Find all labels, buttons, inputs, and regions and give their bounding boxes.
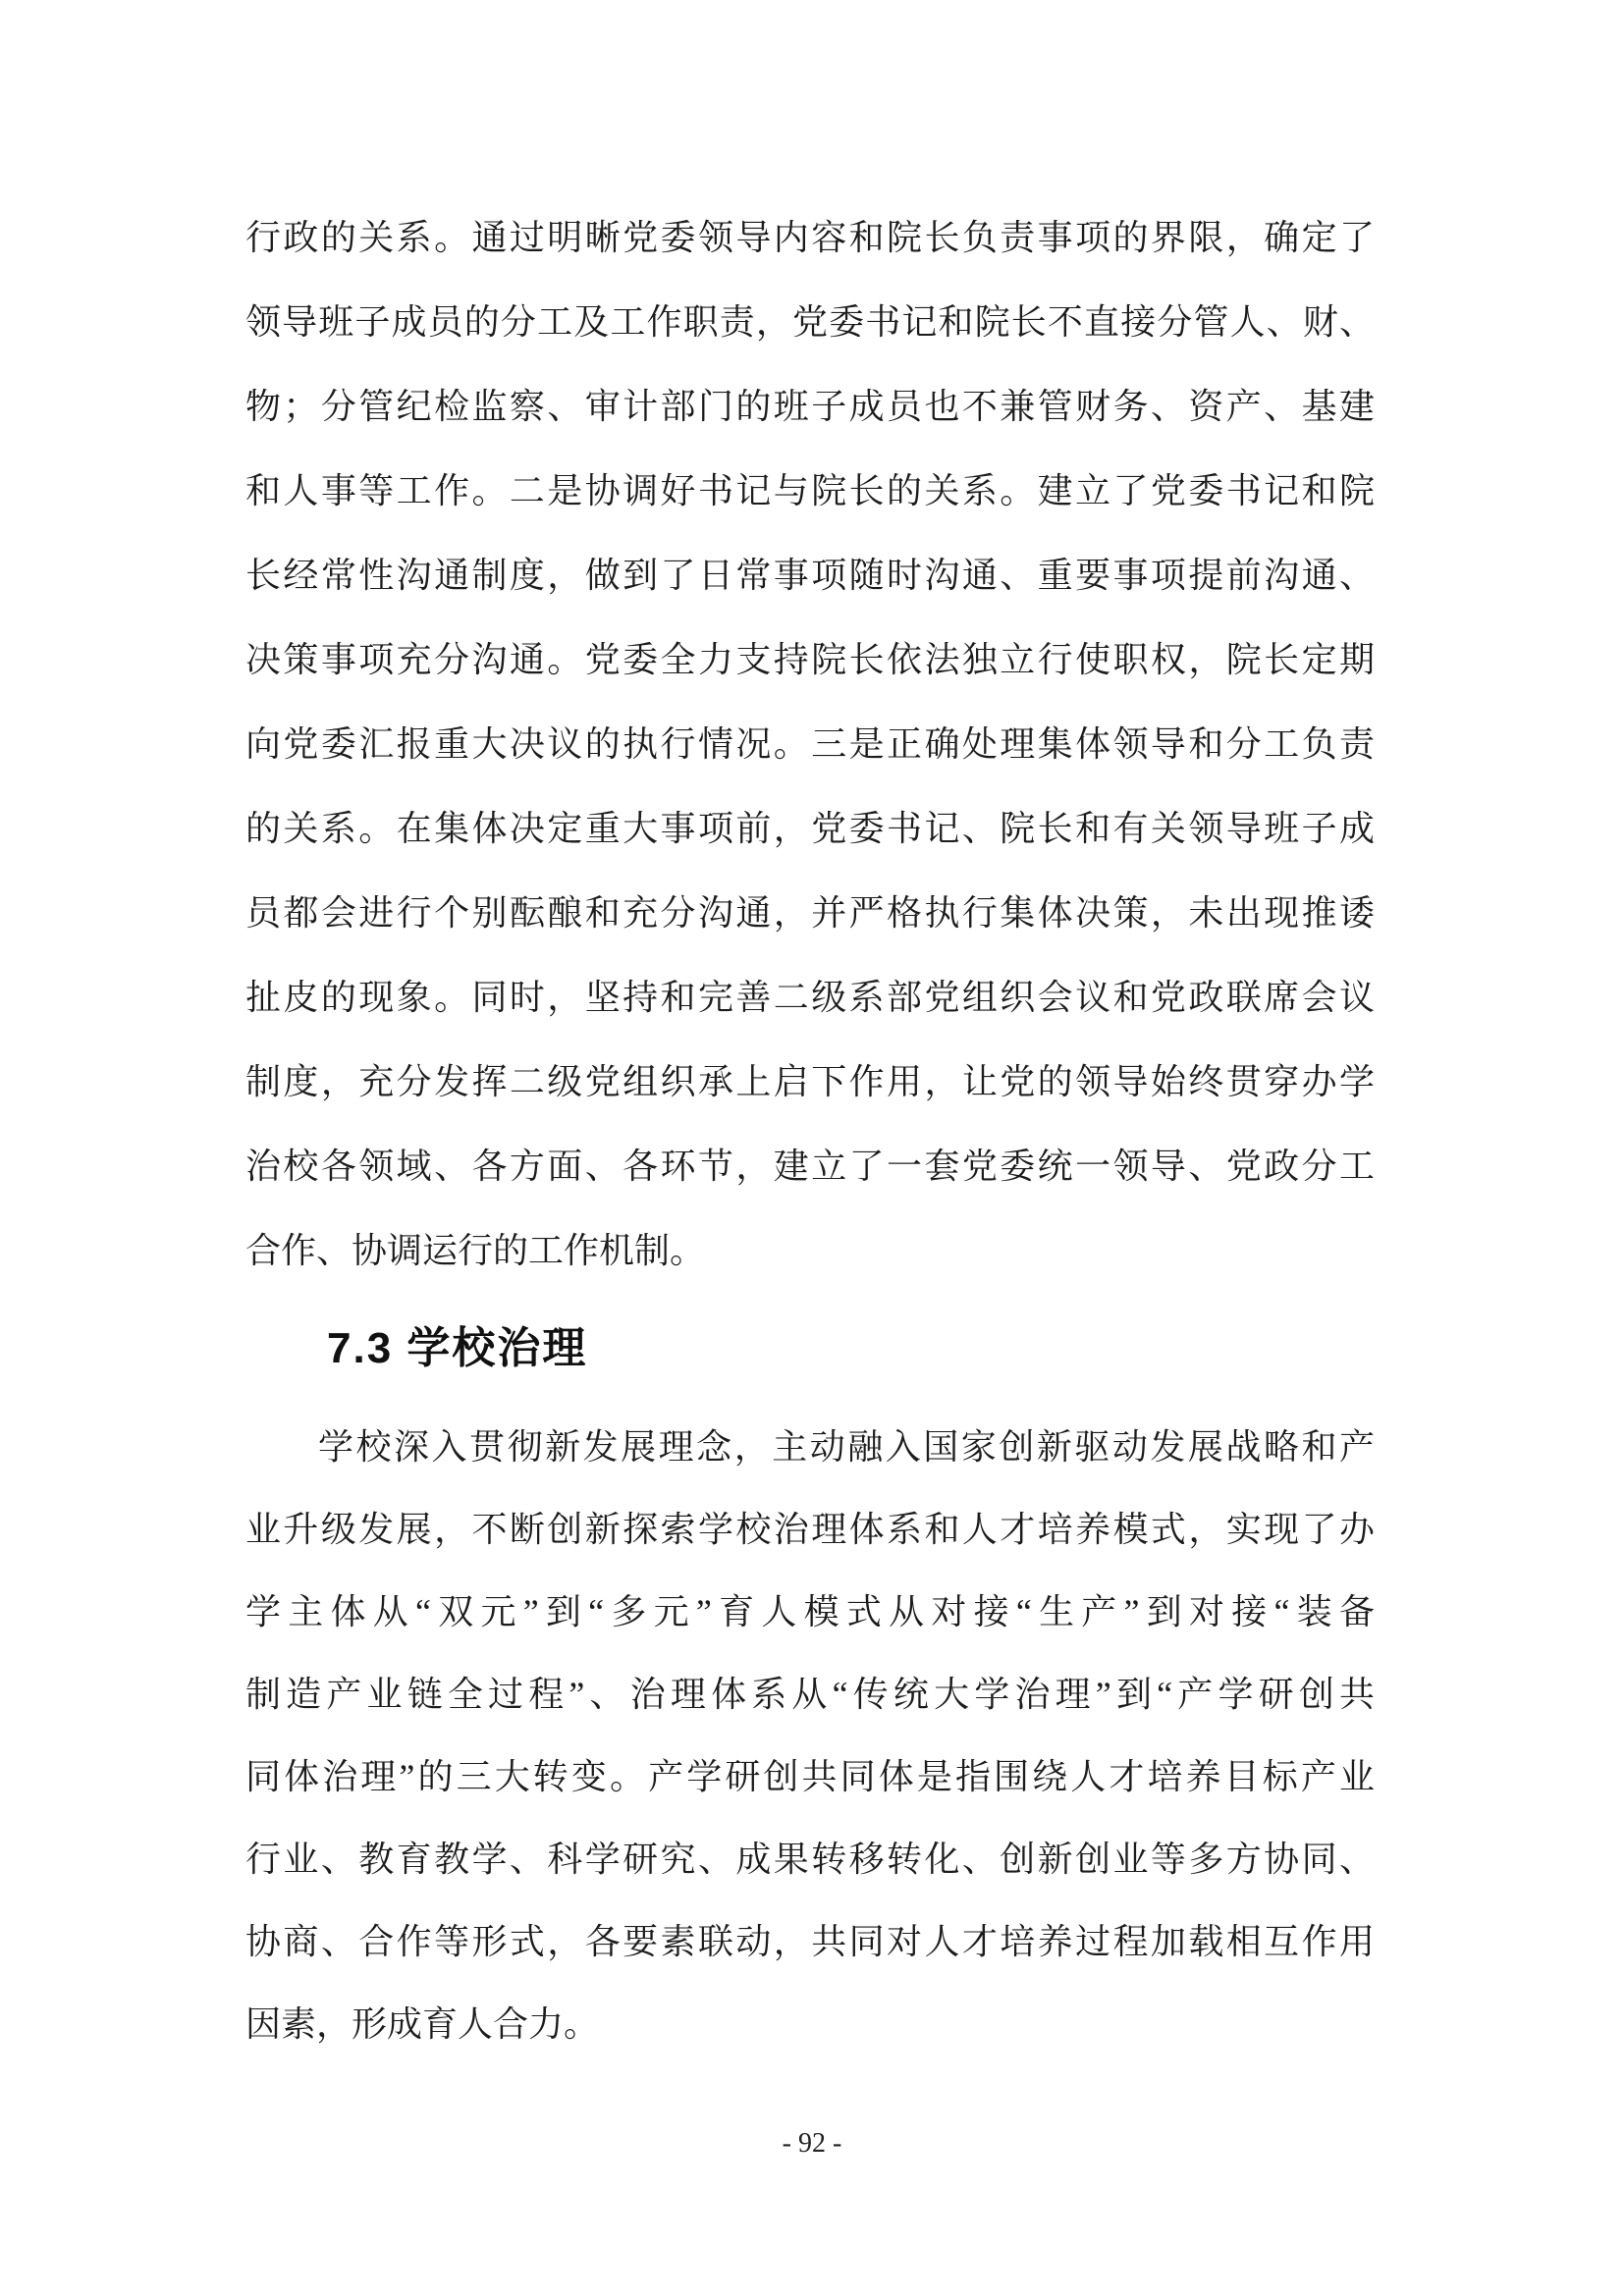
text-line: 协商、合作等形式，各要素联动，共同对人才培养过程加载相互作用 (245, 1900, 1375, 1983)
page-number: - 92 - (0, 2126, 1624, 2162)
text-line: 向党委汇报重大决议的执行情况。三是正确处理集体领导和分工负责 (245, 702, 1375, 786)
text-line: 学校深入贯彻新发展理念，主动融入国家创新驱动发展战略和产 (245, 1406, 1375, 1488)
text-line: 的关系。在集体决定重大事项前，党委书记、院长和有关领导班子成 (245, 786, 1375, 871)
text-line: 扯皮的现象。同时，坚持和完善二级系部党组织会议和党政联席会议 (245, 955, 1375, 1040)
text-line: 同体治理”的三大转变。产学研创共同体是指围绕人才培养目标产业 (245, 1735, 1375, 1818)
text-line: 长经常性沟通制度，做到了日常事项随时沟通、重要事项提前沟通、 (245, 533, 1375, 617)
text-line: 决策事项充分沟通。党委全力支持院长依法独立行使职权，院长定期 (245, 617, 1375, 702)
text-line: 学主体从“双元”到“多元”育人模式从对接“生产”到对接“装备 (245, 1571, 1375, 1653)
text-line: 制造产业链全过程”、治理体系从“传统大学治理”到“产学研创共 (245, 1653, 1375, 1735)
text-line: 合作、协调运行的工作机制。 (245, 1208, 1375, 1293)
text-line: 行政的关系。通过明晰党委领导内容和院长负责事项的界限，确定了 (245, 195, 1375, 280)
paragraph-1: 行政的关系。通过明晰党委领导内容和院长负责事项的界限，确定了 领导班子成员的分工… (245, 195, 1375, 1293)
text-line: 业升级发展，不断创新探索学校治理体系和人才培养模式，实现了办 (245, 1488, 1375, 1571)
text-line: 物；分管纪检监察、审计部门的班子成员也不兼管财务、资产、基建 (245, 364, 1375, 449)
text-line: 领导班子成员的分工及工作职责，党委书记和院长不直接分管人、财、 (245, 280, 1375, 364)
text-line: 治校各领域、各方面、各环节，建立了一套党委统一领导、党政分工 (245, 1124, 1375, 1208)
text-line: 员都会进行个别酝酿和充分沟通，并严格执行集体决策，未出现推诿 (245, 871, 1375, 955)
document-page: 行政的关系。通过明晰党委领导内容和院长负责事项的界限，确定了 领导班子成员的分工… (0, 0, 1624, 2296)
text-line: 制度，充分发挥二级党组织承上启下作用，让党的领导始终贯穿办学 (245, 1040, 1375, 1124)
text-line: 行业、教育教学、科学研究、成果转移转化、创新创业等多方协同、 (245, 1818, 1375, 1900)
paragraph-2: 学校深入贯彻新发展理念，主动融入国家创新驱动发展战略和产 业升级发展，不断创新探… (245, 1406, 1375, 2065)
text-line: 因素，形成育人合力。 (245, 1983, 1375, 2065)
section-heading: 7.3 学校治理 (327, 1323, 587, 1374)
text-line: 和人事等工作。二是协调好书记与院长的关系。建立了党委书记和院 (245, 449, 1375, 533)
